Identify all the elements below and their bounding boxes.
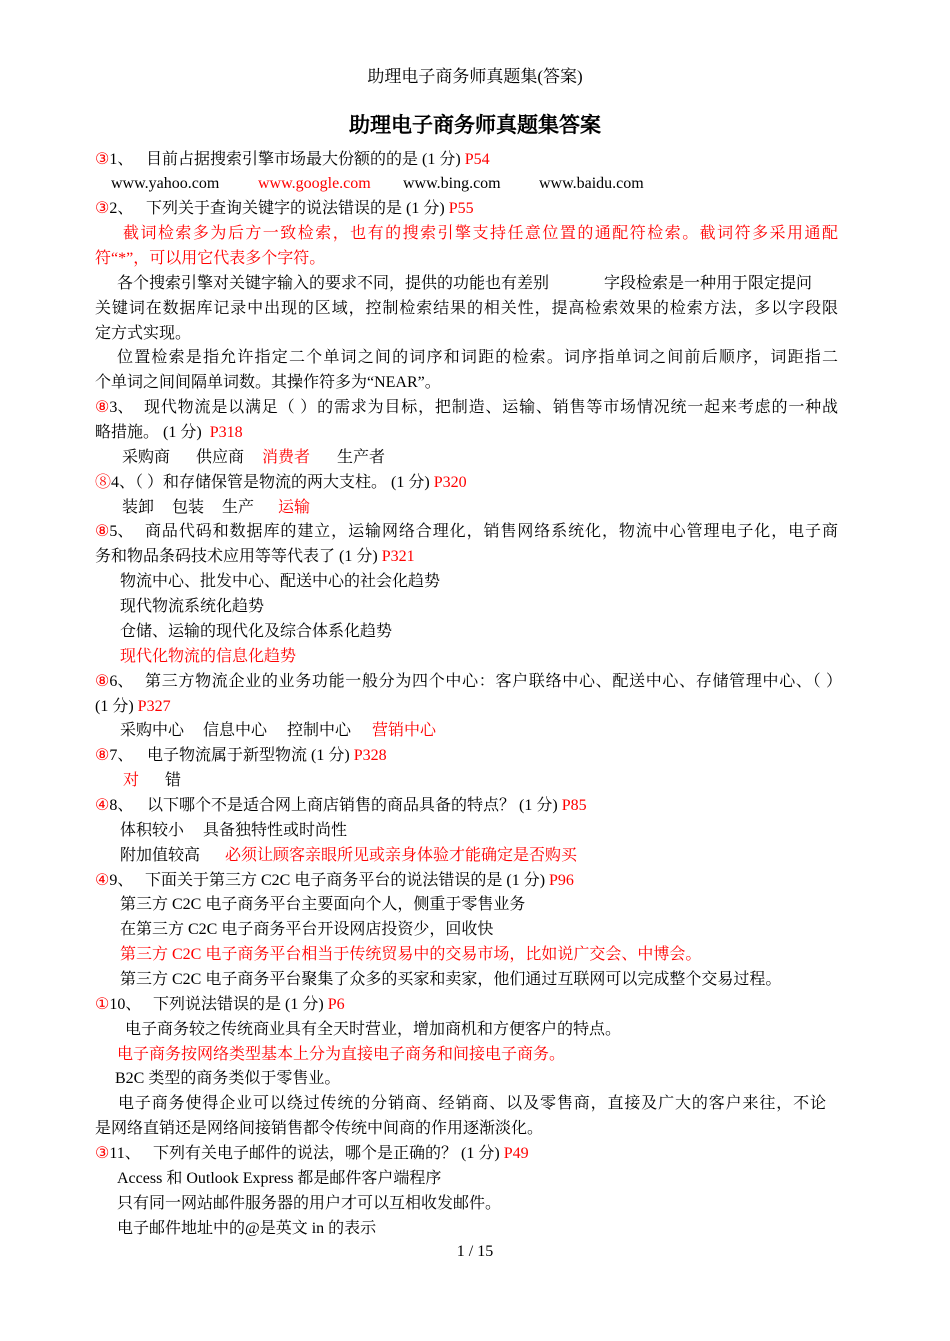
question-1-options: www.yahoo.com www.google.com www.bing.co…: [0, 172, 950, 197]
question-score: (1 分): [422, 151, 461, 168]
question-number: 8、: [109, 797, 133, 814]
option-line: 只有同一网站邮件服务器的用户才可以互相收发邮件。: [0, 1192, 950, 1217]
page-indicator: 1 / 15: [0, 1241, 950, 1263]
option: 附加值较高: [120, 844, 200, 869]
option: 电子商务使得企业可以绕过传统的分销商、经销商、以及零售商，直接及广大的客户来往，…: [118, 1092, 826, 1117]
question-stem: 略措施。: [95, 424, 159, 441]
option: 个单词之间间隔单词数。其操作符多为“NEAR”。: [95, 371, 441, 396]
answer-marker: ⑧: [95, 523, 109, 540]
option: 物流中心、批发中心、配送中心的社会化趋势: [120, 570, 440, 595]
option: 第三方 C2C 电子商务平台主要面向个人，侧重于零售业务: [120, 893, 525, 918]
question-number: 3、: [109, 399, 133, 416]
page-reference: P321: [382, 548, 415, 565]
option-line: 物流中心、批发中心、配送中心的社会化趋势: [0, 570, 950, 595]
option: www.baidu.com: [539, 172, 644, 197]
option-line: 是网络直销还是网络间接销售都令传统中间商的作用逐渐淡化。: [0, 1117, 950, 1142]
question-3-header-cont: 略措施。 (1 分)P318: [0, 421, 950, 446]
question-score: (1 分): [311, 747, 350, 764]
question-stem: 电子物流属于新型物流: [147, 747, 307, 764]
page-reference: P85: [562, 797, 587, 814]
page-reference: P49: [504, 1145, 529, 1162]
question-number: 11、: [109, 1145, 140, 1162]
page-reference: P55: [449, 200, 474, 217]
option-line: 体积较小 具备独特性或时尚性: [0, 819, 950, 844]
answer-marker: ①: [95, 996, 109, 1013]
option-line: 截词检索多为后方一致检索，也有的搜索引擎支持任意位置的通配符检索。截词符多采用通…: [0, 222, 950, 247]
option: 营销中心: [372, 719, 436, 744]
question-7-options: 对 错: [0, 769, 950, 794]
option-line: 各个搜索引擎对关键字输入的要求不同，提供的功能也有差别 字段检索是一种用于限定提…: [0, 272, 950, 297]
option-line: 电子商务较之传统商业具有全天时营业，增加商机和方便客户的特点。: [0, 1018, 950, 1043]
question-number: 7、: [109, 747, 133, 764]
question-2-header: ③2、 下列关于查询关键字的说法错误的是 (1 分) P55: [0, 197, 950, 222]
question-number: 6、: [109, 673, 133, 690]
option-line: 电子商务按网络类型基本上分为直接电子商务和间接电子商务。: [0, 1043, 950, 1068]
option: www.yahoo.com: [111, 172, 219, 197]
question-9-header: ④9、 下面关于第三方 C2C 电子商务平台的说法错误的是 (1 分) P96: [0, 869, 950, 894]
option: 生产者: [337, 446, 385, 471]
option-line: 个单词之间间隔单词数。其操作符多为“NEAR”。: [0, 371, 950, 396]
option: 在第三方 C2C 电子商务平台开设网店投资少，回收快: [120, 918, 493, 943]
option: 仓储、运输的现代化及综合体系化趋势: [120, 620, 392, 645]
question-score: (1 分): [163, 424, 202, 441]
option: 运输: [278, 496, 310, 521]
option: 第三方 C2C 电子商务平台聚集了众多的买家和卖家，他们通过互联网可以完成整个交…: [120, 968, 781, 993]
option: 电子商务较之传统商业具有全天时营业，增加商机和方便客户的特点。: [125, 1018, 621, 1043]
option-line: 现代化物流的信息化趋势: [0, 645, 950, 670]
option: www.google.com: [258, 172, 371, 197]
option: 截词检索多为后方一致检索，也有的搜索引擎支持任意位置的通配符检索。截词符多采用通…: [123, 222, 838, 247]
option: 是网络直销还是网络间接销售都令传统中间商的作用逐渐淡化。: [95, 1117, 543, 1142]
page-reference: P328: [354, 747, 387, 764]
question-score: (1 分): [95, 698, 134, 715]
question-10-header: ①10、 下列说法错误的是 (1 分) P6: [0, 993, 950, 1018]
question-stem: 商品代码和数据库的建立，运输网络合理化，销售网络系统化，物流中心管理电子化，电子…: [145, 520, 838, 545]
option: 生产: [222, 496, 254, 521]
answer-marker: ⑧: [95, 399, 109, 416]
question-stem: 下面关于第三方 C2C 电子商务平台的说法错误的是: [145, 872, 502, 889]
option: Access 和 Outlook Express 都是邮件客户端程序: [117, 1167, 441, 1192]
question-number: 2、: [109, 200, 133, 217]
option: 字段检索是一种用于限定提问: [604, 272, 812, 297]
option-line: 第三方 C2C 电子商务平台聚集了众多的买家和卖家，他们通过互联网可以完成整个交…: [0, 968, 950, 993]
question-stem: 务和物品条码技术应用等等代表了: [95, 548, 335, 565]
question-8-header: ④8、 以下哪个不是适合网上商店销售的商品具备的特点？ (1 分) P85: [0, 794, 950, 819]
option: B2C 类型的商务类似于零售业。: [115, 1067, 340, 1092]
option: 电子邮件地址中的@是英文 in 的表示: [117, 1217, 376, 1242]
page-reference: P327: [138, 698, 171, 715]
option: 定方式实现。: [95, 322, 191, 347]
question-stem: 以下哪个不是适合网上商店销售的商品具备的特点？: [147, 797, 515, 814]
option-line: 仓储、运输的现代化及综合体系化趋势: [0, 620, 950, 645]
option: 关键词在数据库记录中出现的区域，控制检索结果的相关性，提高检索效果的检索方法，多…: [95, 297, 838, 322]
question-number: 10、: [109, 996, 141, 1013]
option-line: 关键词在数据库记录中出现的区域，控制检索结果的相关性，提高检索效果的检索方法，多…: [0, 297, 950, 322]
option: 必须让顾客亲眼所见或亲身体验才能确定是否购买: [225, 844, 577, 869]
answer-marker: ⑧: [95, 474, 111, 491]
option: 体积较小: [120, 819, 184, 844]
option: 信息中心: [203, 719, 267, 744]
option: 具备独特性或时尚性: [203, 819, 347, 844]
option: 采购中心: [120, 719, 184, 744]
question-stem: 现代物流是以满足（ ）的需求为目标，把制造、运输、销售等市场情况统一起来考虑的一…: [144, 396, 838, 421]
option: www.bing.com: [403, 172, 501, 197]
question-5-header: ⑧5、 商品代码和数据库的建立，运输网络合理化，销售网络系统化，物流中心管理电子…: [0, 520, 950, 545]
question-6-header: ⑧6、 第三方物流企业的业务功能一般分为四个中心：客户联络中心、配送中心、存储管…: [0, 670, 950, 695]
option: 包装: [172, 496, 204, 521]
answer-marker: ④: [95, 797, 109, 814]
question-score: (1 分): [461, 1145, 500, 1162]
question-stem: 下列说法错误的是: [153, 996, 281, 1013]
option-line: B2C 类型的商务类似于零售业。: [0, 1067, 950, 1092]
question-11-header: ③11、 下列有关电子邮件的说法，哪个是正确的？ (1 分) P49: [0, 1142, 950, 1167]
answer-marker: ③: [95, 151, 109, 168]
option: 消费者: [262, 446, 310, 471]
question-5-header-cont: 务和物品条码技术应用等等代表了 (1 分) P321: [0, 545, 950, 570]
option: 供应商: [196, 446, 244, 471]
option: 各个搜索引擎对关键字输入的要求不同，提供的功能也有差别: [117, 272, 549, 297]
page-reference: P54: [465, 151, 490, 168]
option-line: 电子商务使得企业可以绕过传统的分销商、经销商、以及零售商，直接及广大的客户来往，…: [0, 1092, 950, 1117]
question-number: 4、: [111, 474, 135, 491]
question-3-header: ⑧3、 现代物流是以满足（ ）的需求为目标，把制造、运输、销售等市场情况统一起来…: [0, 396, 950, 421]
question-4-header: ⑧4、（ ）和存储保管是物流的两大支柱。 (1 分) P320: [0, 471, 950, 496]
page-title: 助理电子商务师真题集答案: [0, 111, 950, 139]
document-page: 助理电子商务师真题集(答案) 助理电子商务师真题集答案 ③1、 目前占据搜索引擎…: [0, 0, 950, 1341]
option-line: 符“*”，可以用它代表多个字符。: [0, 247, 950, 272]
option: 符“*”，可以用它代表多个字符。: [95, 247, 325, 272]
option-line: 电子邮件地址中的@是英文 in 的表示: [0, 1217, 950, 1242]
question-stem: 第三方物流企业的业务功能一般分为四个中心：客户联络中心、配送中心、存储管理中心、…: [145, 670, 842, 695]
question-score: (1 分): [406, 200, 445, 217]
option: 对: [123, 769, 139, 794]
page-reference: P6: [328, 996, 345, 1013]
option: 采购商: [122, 446, 170, 471]
page-reference: P96: [549, 872, 574, 889]
answer-marker: ③: [95, 200, 109, 217]
question-stem: （ ）和存储保管是物流的两大支柱。: [135, 474, 387, 491]
question-score: (1 分): [339, 548, 378, 565]
option: 只有同一网站邮件服务器的用户才可以互相收发邮件。: [117, 1192, 501, 1217]
question-stem: 下列关于查询关键字的说法错误的是: [146, 200, 402, 217]
option: 现代化物流的信息化趋势: [120, 645, 296, 670]
answer-marker: ⑧: [95, 673, 109, 690]
question-score: (1 分): [391, 474, 430, 491]
question-7-header: ⑧7、 电子物流属于新型物流 (1 分) P328: [0, 744, 950, 769]
running-header: 助理电子商务师真题集(答案): [0, 66, 950, 88]
question-score: (1 分): [285, 996, 324, 1013]
answer-marker: ④: [95, 872, 109, 889]
question-number: 1、: [109, 151, 133, 168]
question-stem: 下列有关电子邮件的说法，哪个是正确的？: [153, 1145, 457, 1162]
question-stem: 目前占据搜索引擎市场最大份额的的是: [146, 151, 418, 168]
option-line: 第三方 C2C 电子商务平台主要面向个人，侧重于零售业务: [0, 893, 950, 918]
question-1-header: ③1、 目前占据搜索引擎市场最大份额的的是 (1 分) P54: [0, 148, 950, 173]
page-reference: P318: [210, 424, 243, 441]
question-6-options: 采购中心 信息中心 控制中心 营销中心: [0, 719, 950, 744]
option-line: 现代物流系统化趋势: [0, 595, 950, 620]
question-3-options: 采购商 供应商 消费者 生产者: [0, 446, 950, 471]
option: 现代物流系统化趋势: [120, 595, 264, 620]
answer-marker: ③: [95, 1145, 109, 1162]
option-line: Access 和 Outlook Express 都是邮件客户端程序: [0, 1167, 950, 1192]
option-line: 第三方 C2C 电子商务平台相当于传统贸易中的交易市场，比如说广交会、中博会。: [0, 943, 950, 968]
option-line: 在第三方 C2C 电子商务平台开设网店投资少，回收快: [0, 918, 950, 943]
question-4-options: 装卸 包装 生产 运输: [0, 496, 950, 521]
option: 装卸: [122, 496, 154, 521]
answer-marker: ⑧: [95, 747, 109, 764]
option: 电子商务按网络类型基本上分为直接电子商务和间接电子商务。: [117, 1043, 565, 1068]
option: 错: [165, 769, 181, 794]
question-score: (1 分): [506, 872, 545, 889]
question-score: (1 分): [519, 797, 558, 814]
option: 第三方 C2C 电子商务平台相当于传统贸易中的交易市场，比如说广交会、中博会。: [120, 943, 701, 968]
option-line: 附加值较高 必须让顾客亲眼所见或亲身体验才能确定是否购买: [0, 844, 950, 869]
question-number: 9、: [109, 872, 133, 889]
option-line: 位置检索是指允许指定二个单词之间的词序和词距的检索。词序指单词之间前后顺序，词距…: [0, 346, 950, 371]
option: 控制中心: [287, 719, 351, 744]
page-reference: P320: [434, 474, 467, 491]
question-6-header-cont: (1 分) P327: [0, 695, 950, 720]
option-line: 定方式实现。: [0, 322, 950, 347]
document-body: ③1、 目前占据搜索引擎市场最大份额的的是 (1 分) P54 www.yaho…: [0, 148, 950, 1242]
option: 位置检索是指允许指定二个单词之间的词序和词距的检索。词序指单词之间前后顺序，词距…: [117, 346, 838, 371]
question-number: 5、: [109, 523, 133, 540]
